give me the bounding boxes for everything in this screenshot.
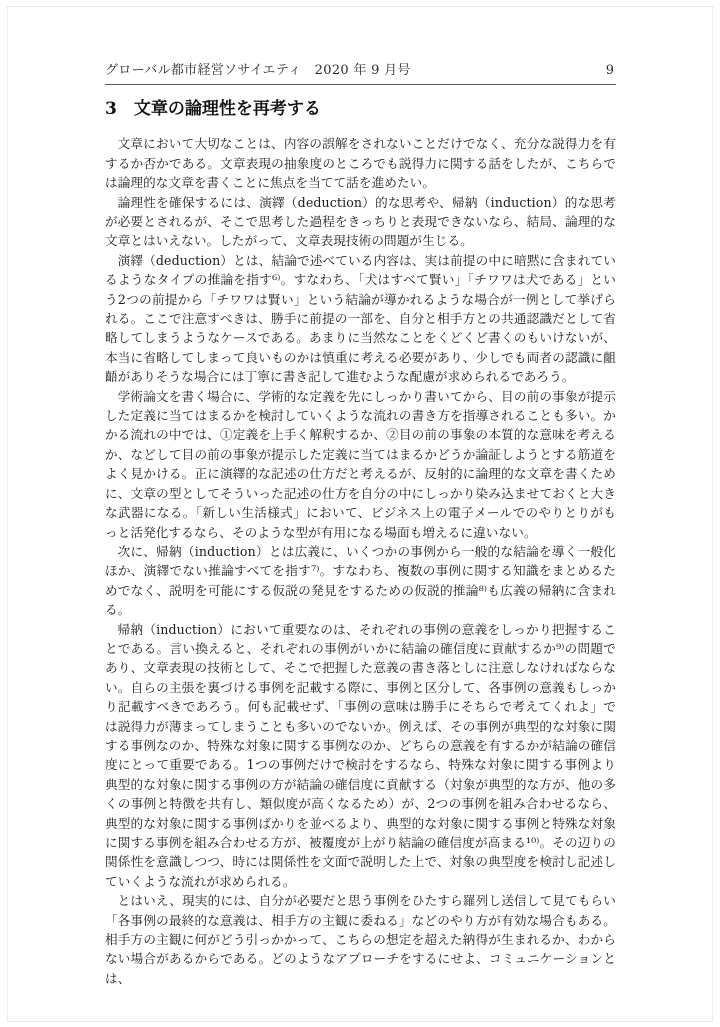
article-body: 3 文章の論理性を再考する 文章において大切なことは、内容の誤解をされないことだ… xyxy=(105,99,616,988)
section-heading: 3 文章の論理性を再考する xyxy=(105,99,616,119)
document-page: グローバル都市経営ソサイエティ 2020 年 9 月号 9 3 文章の論理性を再… xyxy=(7,6,713,1022)
paragraph-academic-writing: 学術論文を書く場合に、学術的な定義を先にしっかり書いてから、目の前の事象が提示し… xyxy=(105,387,616,542)
paragraph-induction-importance: 帰納（induction）において重要なのは、それぞれの事例の意義をしっかり把握… xyxy=(105,620,616,892)
section-number: 3 xyxy=(105,99,117,119)
paragraph-intro: 文章において大切なことは、内容の誤解をされないことだけでなく、充分な説得力を有す… xyxy=(105,134,616,192)
page-header: グローバル都市経営ソサイエティ 2020 年 9 月号 9 xyxy=(105,59,616,85)
paragraph-induction-definition: 次に、帰納（induction）とは広義に、いくつかの事例から一般的な結論を導く… xyxy=(105,542,616,620)
page-number: 9 xyxy=(606,63,616,78)
paragraph-deduction: 演繹（deduction）とは、結論で述べている内容は、実は前提の中に暗黙に含ま… xyxy=(105,251,616,387)
section-title: 文章の論理性を再考する xyxy=(134,99,321,119)
journal-title: グローバル都市経営ソサイエティ 2020 年 9 月号 xyxy=(105,59,411,78)
paragraph-logic-requirement: 論理性を確保するには、演繹（deduction）的な思考や、帰納（inducti… xyxy=(105,193,616,251)
paragraph-practical-note: とはいえ、現実的には、自分が必要だと思う事例をひたすら羅列し送信して見てもらい「… xyxy=(105,891,616,988)
